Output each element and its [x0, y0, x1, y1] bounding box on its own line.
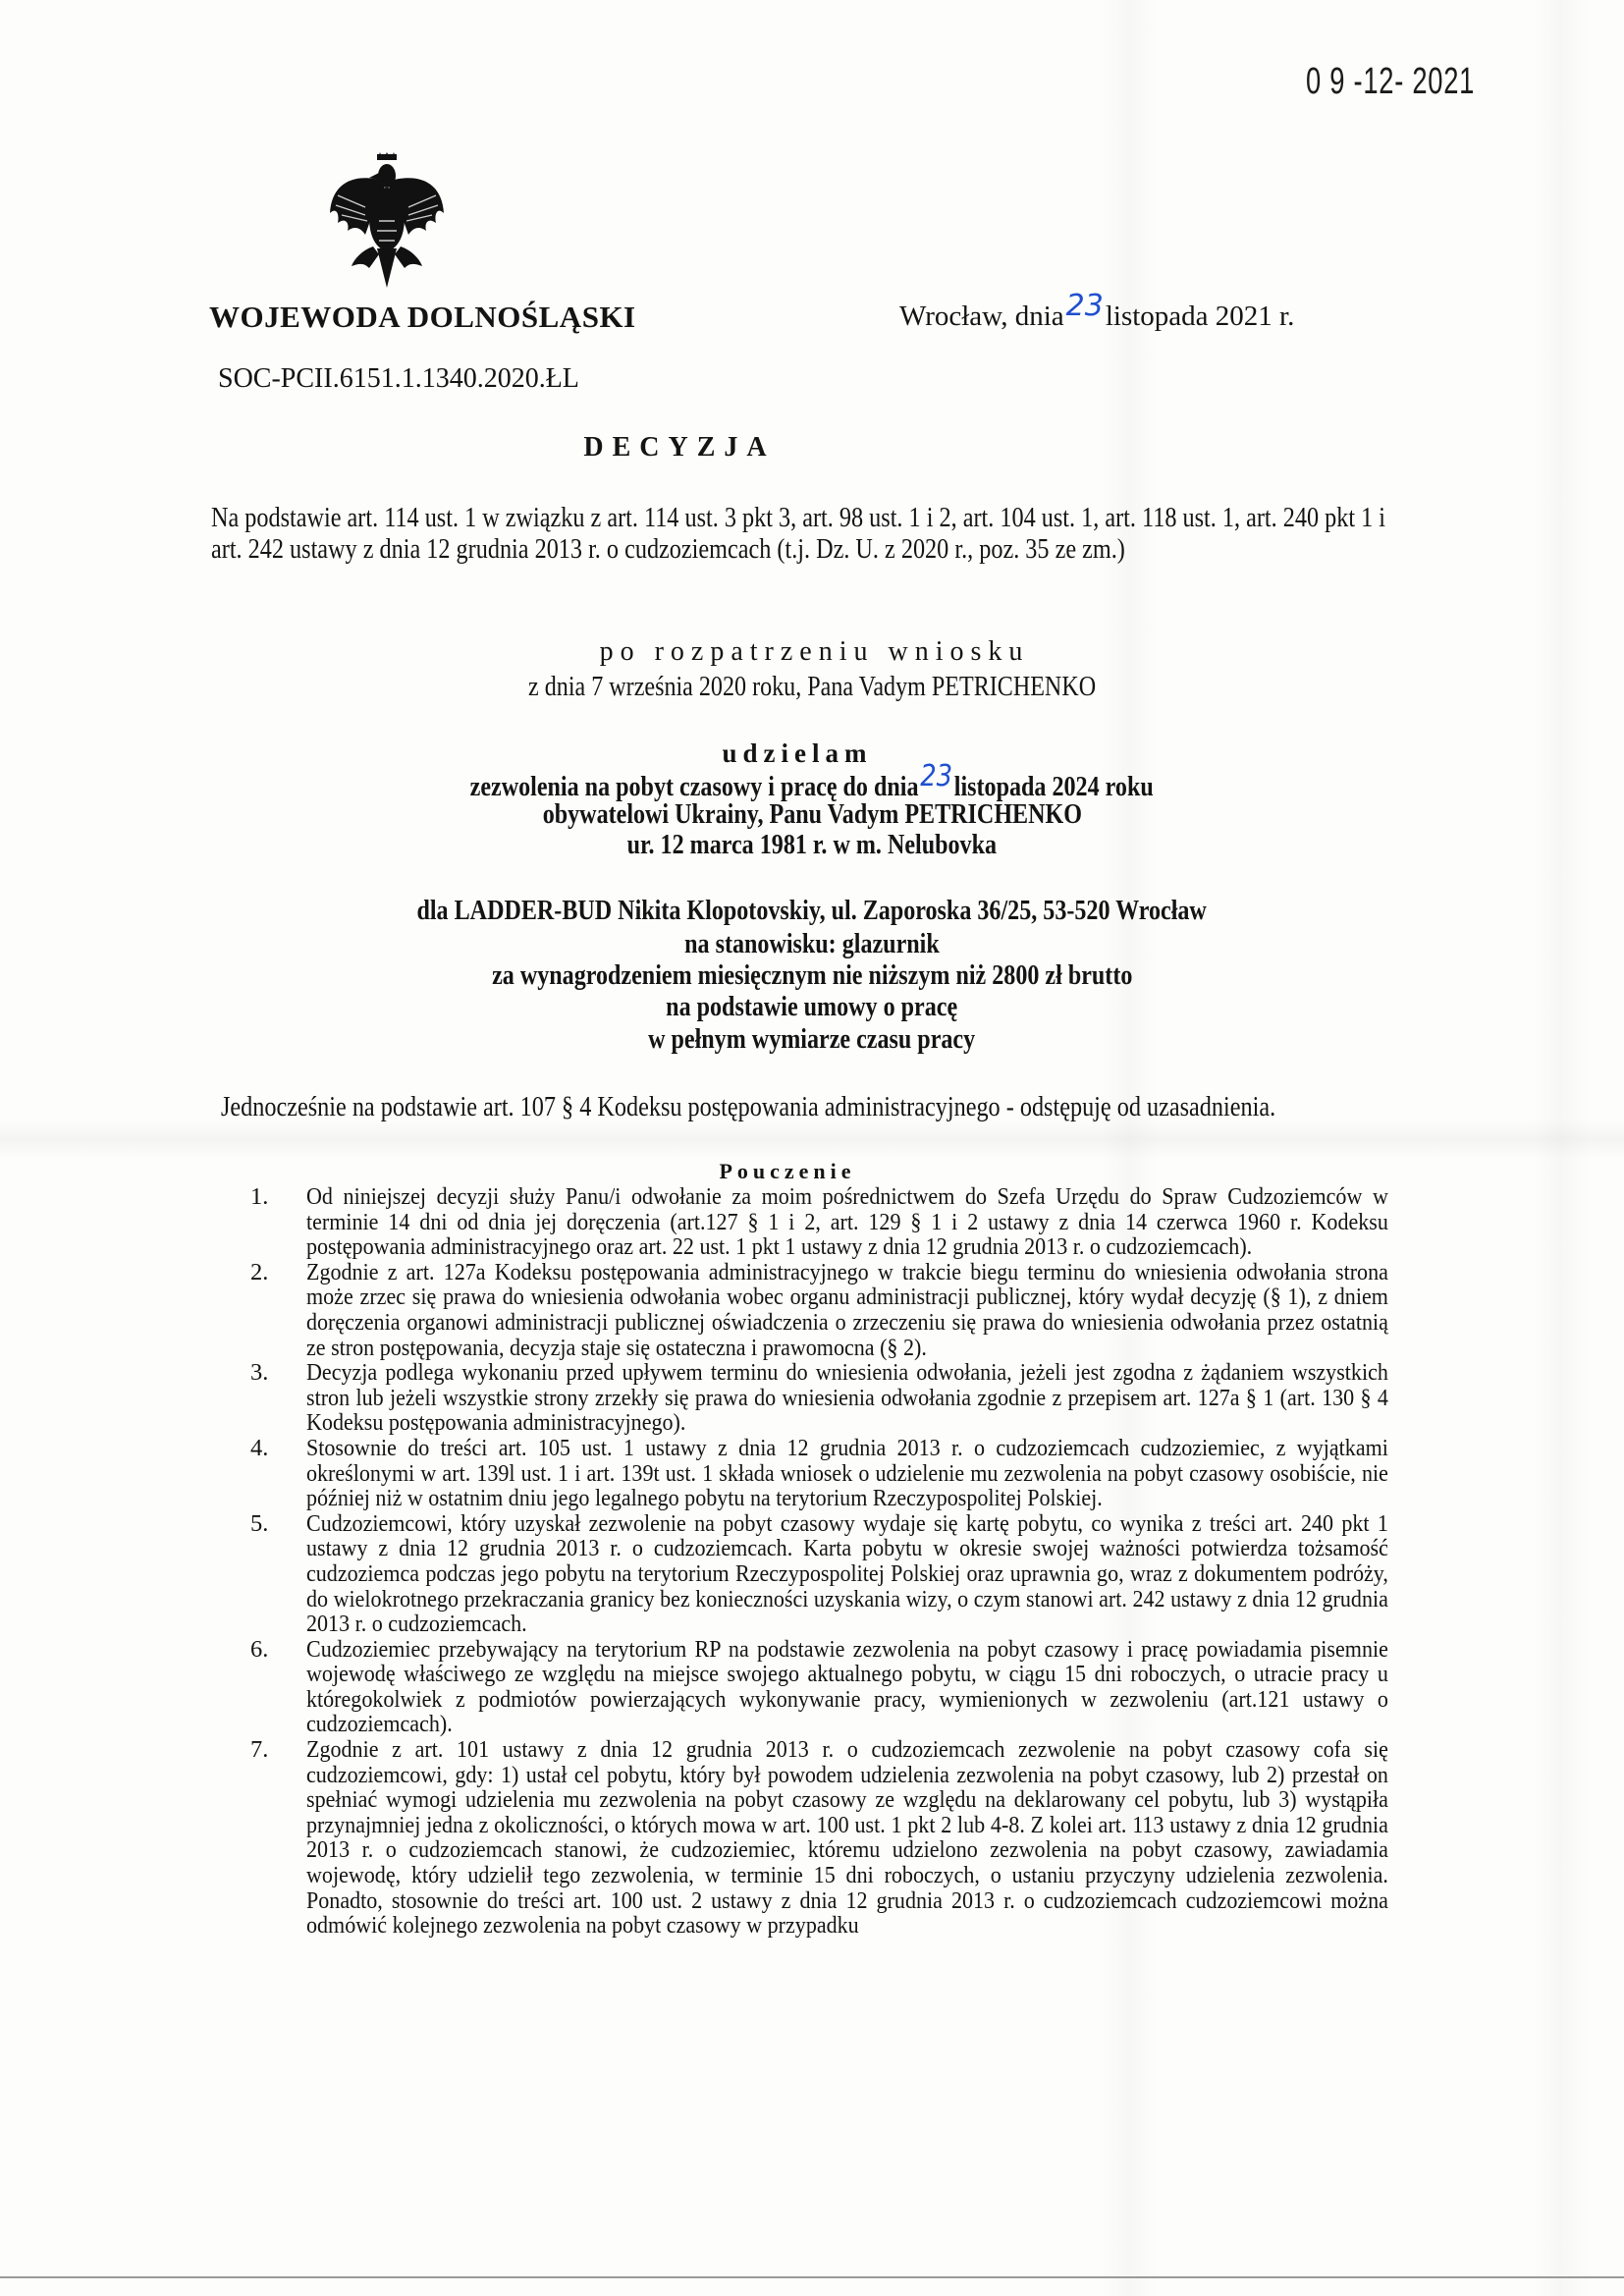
consideration-heading: po rozpatrzeniu wniosku — [0, 636, 1624, 668]
grant-permit-line: zezwolenia na pobyt czasowy i pracę do d… — [0, 769, 1624, 803]
instructions-list: 1.Od niniejszej decyzji służy Panu/i odw… — [250, 1184, 1389, 1939]
list-item: 5.Cudzoziemcowi, który uzyskał zezwoleni… — [250, 1511, 1389, 1637]
consideration-detail: z dnia 7 września 2020 roku, Pana Vadym … — [0, 672, 1624, 703]
salary: za wynagrodzeniem miesięcznym nie niższy… — [0, 960, 1624, 992]
handwritten-expiry-day: 23 — [921, 759, 953, 793]
instructions-heading: Pouczenie — [0, 1159, 1624, 1184]
grant-line-prefix: zezwolenia na pobyt czasowy i pracę do d… — [470, 772, 919, 802]
list-item: 4.Stosownie do treści art. 105 ust. 1 us… — [250, 1436, 1389, 1511]
document-title: DECYZJA — [0, 432, 1624, 464]
legal-basis-paragraph: Na podstawie art. 114 ust. 1 w związku z… — [211, 503, 1400, 565]
list-item: 1.Od niniejszej decyzji służy Panu/i odw… — [250, 1184, 1389, 1260]
issuing-authority: WOJEWODA DOLNOŚLĄSKI — [209, 300, 636, 335]
list-item: 6.Cudzoziemiec przebywający na terytoriu… — [250, 1637, 1389, 1737]
list-item: 3.Decyzja podlega wykonaniu przed upływe… — [250, 1360, 1389, 1436]
contract-type: na podstawie umowy o pracę — [0, 992, 1624, 1023]
grantee-birth: ur. 12 marca 1981 r. w m. Nelubovka — [0, 830, 1624, 861]
grant-heading: udzielam — [0, 738, 1624, 769]
justification-waiver: Jednocześnie na podstawie art. 107 § 4 K… — [221, 1092, 1275, 1123]
place-and-date: Wrocław, dnia23listopada 2021 r. — [899, 299, 1294, 333]
employer: dla LADDER-BUD Nikita Klopotovskiy, ul. … — [0, 896, 1624, 927]
place-date-prefix: Wrocław, dnia — [899, 301, 1064, 332]
scan-edge — [0, 2276, 1624, 2278]
handwritten-day: 23 — [1066, 289, 1104, 323]
grant-line-suffix: listopada 2024 roku — [954, 772, 1154, 802]
working-hours: w pełnym wymiarze czasu pracy — [0, 1024, 1624, 1056]
place-date-suffix: listopada 2021 r. — [1106, 301, 1295, 332]
case-reference-number: SOC-PCII.6151.1.1340.2020.ŁL — [218, 363, 579, 395]
list-item: 2.Zgodnie z art. 127a Kodeksu postępowan… — [250, 1260, 1389, 1360]
polish-eagle-emblem-icon — [326, 152, 448, 290]
list-item: 7.Zgodnie z art. 101 ustawy z dnia 12 gr… — [250, 1737, 1389, 1939]
job-position: na stanowisku: glazurnik — [0, 929, 1624, 960]
received-date-stamp: 0 9 -12- 2021 — [1306, 61, 1475, 103]
paper-fold-horizontal — [0, 1120, 1624, 1159]
document-page: 0 9 -12- 2021 WOJEWODA DOLNOŚLĄSKI SOC-P… — [0, 0, 1624, 2296]
grantee-citizenship: obywatelowi Ukrainy, Panu Vadym PETRICHE… — [0, 799, 1624, 831]
